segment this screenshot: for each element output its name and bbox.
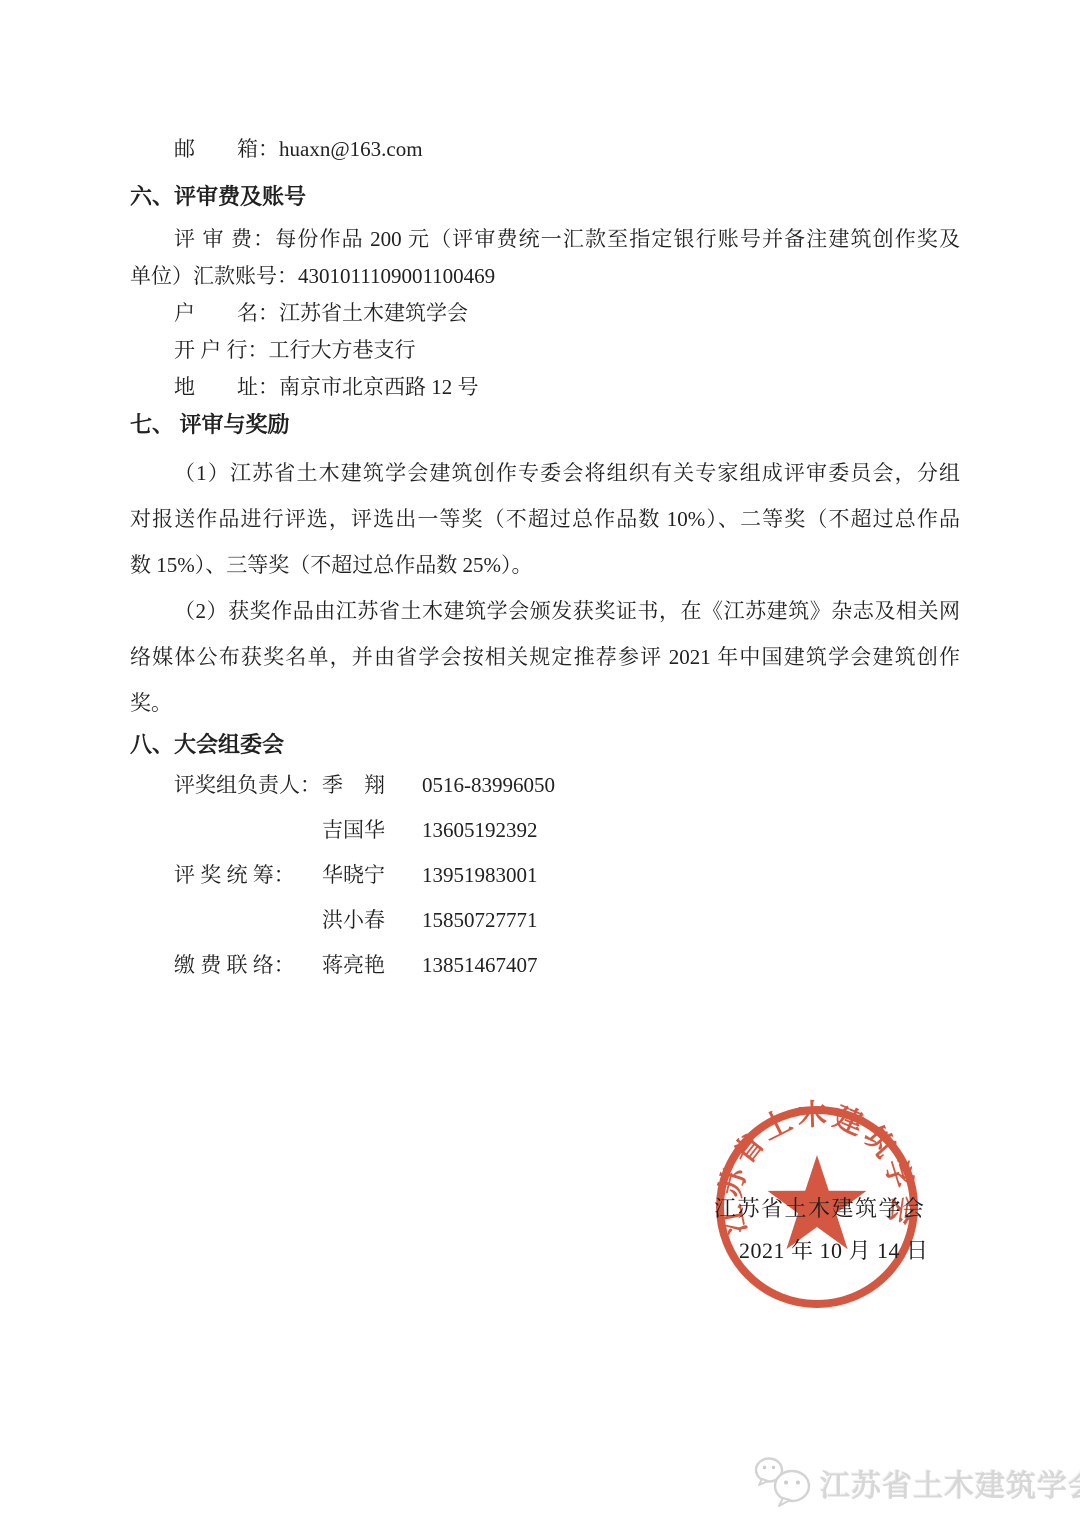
contact-row: 评奖组负责人：季 翔0516-83996050	[130, 763, 960, 808]
footer-brand-text: 江苏省土木建筑学会	[820, 1461, 1080, 1505]
account-name-line: 户 名：江苏省土木建筑学会	[130, 295, 960, 332]
contact-label: 评奖组负责人：	[174, 763, 322, 808]
document-page: { "document": { "email_line": "邮 箱：huaxn…	[0, 0, 1080, 1526]
section-heading-review: 七、 评审与奖励	[130, 406, 960, 443]
document-body: 邮 箱：huaxn@163.com 六、评审费及账号 评 审 费：每份作品 20…	[130, 131, 960, 988]
signature-org: 江苏省土木建筑学会	[714, 1192, 926, 1223]
contact-row: 缴 费 联 络：蒋亮艳13851467407	[130, 943, 960, 988]
contact-row: 评 奖 统 筹：华晓宁13951983001	[130, 853, 960, 898]
contact-label: 评 奖 统 筹：	[174, 853, 322, 898]
section-heading-fee: 六、评审费及账号	[130, 178, 960, 215]
contact-label: 缴 费 联 络：	[174, 943, 322, 988]
review-para2-line1: （2）获奖作品由江苏省土木建筑学会颁发获奖证书，在《江苏建筑》杂志及相关网	[130, 588, 960, 634]
contact-name: 季 翔	[322, 763, 422, 808]
contact-name: 蒋亮艳	[322, 943, 422, 988]
review-para2-line3: 奖。	[130, 680, 960, 726]
footer-watermark: 江苏省土木建筑学会	[752, 1455, 1080, 1511]
wechat-chat-bubbles-icon	[752, 1455, 816, 1511]
contact-phone: 13951983001	[422, 853, 538, 898]
bank-branch-line: 开 户 行：工行大方巷支行	[130, 332, 960, 369]
address-line: 地 址：南京市北京西路 12 号	[130, 369, 960, 406]
review-para1-line1: （1）江苏省土木建筑学会建筑创作专委会将组织有关专家组成评审委员会，分组	[130, 450, 960, 496]
contact-name: 洪小春	[322, 898, 422, 943]
review-para1-line3: 数 15%）、三等奖（不超过总作品数 25%）。	[130, 542, 960, 588]
fee-line-2: 单位）汇款账号：4301011109001100469	[130, 258, 960, 295]
section-heading-committee: 八、大会组委会	[130, 726, 960, 763]
contact-phone: 0516-83996050	[422, 763, 555, 808]
fee-line-1: 评 审 费：每份作品 200 元（评审费统一汇款至指定银行账号并备注建筑创作奖及	[130, 221, 960, 258]
review-para2-line2: 络媒体公布获奖名单，并由省学会按相关规定推荐参评 2021 年中国建筑学会建筑创…	[130, 634, 960, 680]
contact-name: 华晓宁	[322, 853, 422, 898]
contact-phone: 13851467407	[422, 943, 538, 988]
contact-row: 洪小春15850727771	[130, 898, 960, 943]
signature-date: 2021 年 10 月 14 日	[739, 1234, 929, 1265]
contact-phone: 13605192392	[422, 808, 538, 853]
contact-row: 吉国华13605192392	[130, 808, 960, 853]
contact-name: 吉国华	[322, 808, 422, 853]
review-para1-line2: 对报送作品进行评选，评选出一等奖（不超过总作品数 10%）、二等奖（不超过总作品	[130, 496, 960, 542]
email-line: 邮 箱：huaxn@163.com	[130, 131, 960, 168]
contact-phone: 15850727771	[422, 898, 538, 943]
